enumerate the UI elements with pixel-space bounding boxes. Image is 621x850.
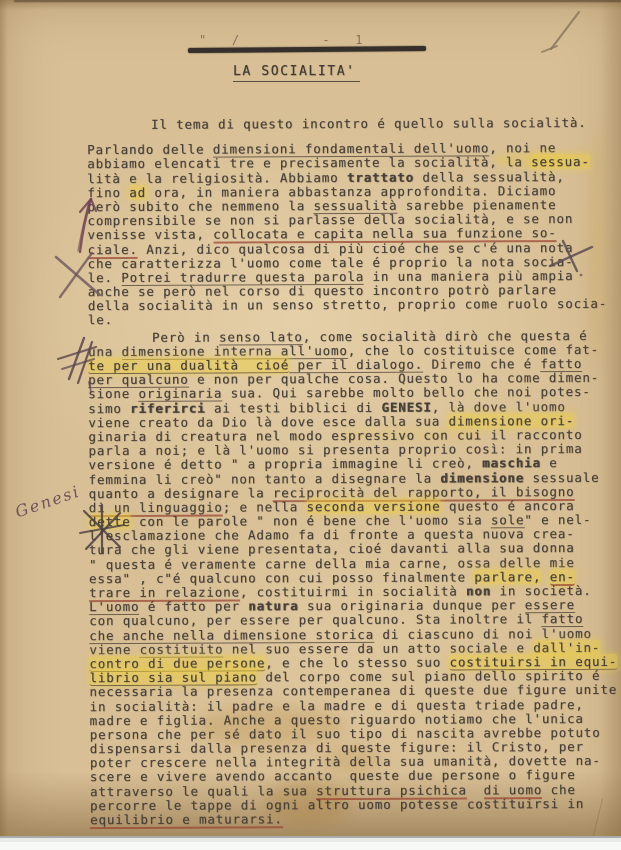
paragraph: Il tema di questo incontro é quello sull… [87, 116, 599, 132]
paragraph: Parlando delle dimensioni fondamentali d… [87, 141, 600, 328]
scanner-background [0, 836, 621, 850]
strike-bar-icon [188, 46, 426, 53]
text-line: le. [88, 311, 600, 327]
text-line: della socialità in un senso stretto, pro… [88, 297, 600, 313]
text-line: percorre le tappe di ogni altro uomo pot… [90, 797, 602, 813]
text-line: Il tema di questo incontro é quello sull… [87, 116, 599, 132]
page-top-edge [14, 0, 621, 2]
page-title: LA SOCIALITA' [233, 64, 360, 82]
scanned-page: " / - 1 LA SOCIALITA' Il tema di questo … [0, 0, 621, 838]
pencil-tick-icon [538, 4, 596, 56]
text-line: equilibrio e maturarsi. [90, 811, 602, 827]
struck-heading-remnants: " / - 1 [199, 33, 439, 47]
typed-text: Il tema di questo incontro é quello sull… [87, 116, 602, 827]
handwritten-note: Genesi [13, 482, 83, 522]
paragraph: Però in senso lato, come socialità dirò … [88, 329, 602, 828]
